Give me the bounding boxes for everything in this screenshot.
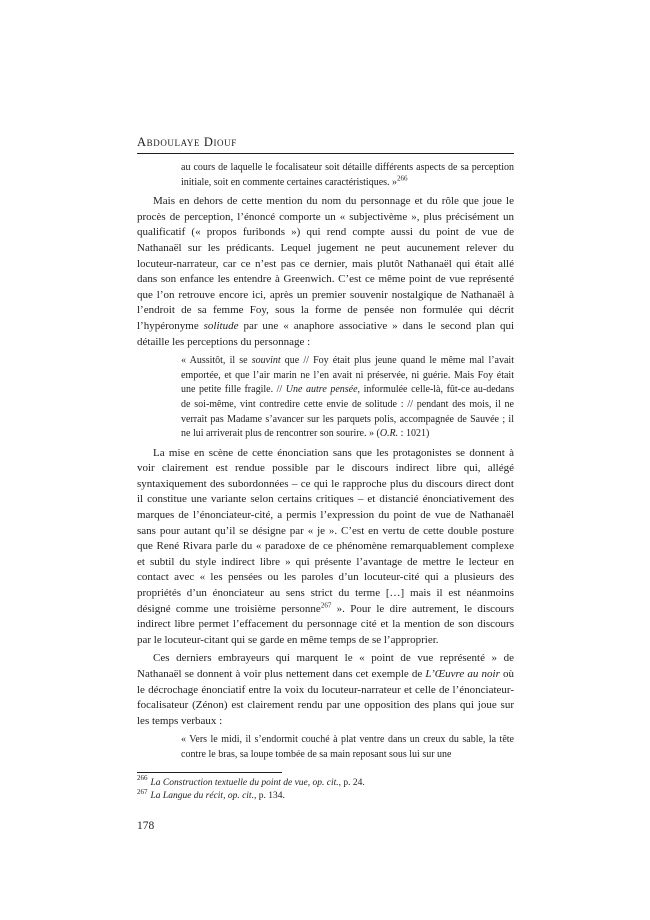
quote-middle-italic-2: Une autre pensée (286, 384, 358, 395)
footnote-ref-267: 267 (321, 601, 332, 609)
footnote-266-marker: 266 (137, 774, 148, 782)
footnote-separator (137, 772, 282, 773)
quote-middle-italic-3: O.R. (380, 428, 398, 439)
block-quote-middle: « Aussitôt, il se souvint que // Foy éta… (181, 354, 514, 442)
paragraph-1: Mais en dehors de cette mention du nom d… (137, 194, 514, 350)
paragraph-3: Ces derniers embrayeurs qui marquent le … (137, 651, 514, 729)
paragraph-1-text: Mais en dehors de cette mention du nom d… (137, 195, 514, 332)
running-head: Abdoulaye Diouf (137, 135, 514, 154)
page-number: 178 (137, 820, 514, 832)
quote-bottom-text: « Vers le midi, il s’endormit couché à p… (181, 734, 514, 760)
text-column: Abdoulaye Diouf au cours de laquelle le … (137, 135, 514, 832)
quote-top-text: au cours de laquelle le focalisateur soi… (181, 162, 514, 188)
paragraph-1-italic: solitude (204, 320, 239, 332)
paragraph-2: La mise en scène de cette énonciation sa… (137, 446, 514, 649)
footnote-267-marker: 267 (137, 788, 148, 796)
document-page: Abdoulaye Diouf au cours de laquelle le … (0, 0, 650, 920)
footnote-ref-266: 266 (397, 174, 408, 182)
block-quote-bottom: « Vers le midi, il s’endormit couché à p… (181, 733, 514, 762)
footnote-266-suffix: , p. 24. (339, 778, 365, 788)
quote-middle-italic-1: souvint (252, 355, 281, 366)
quote-middle-text-1: « Aussitôt, il se (181, 355, 252, 366)
paragraph-3-italic: L’Œuvre au noir (425, 668, 499, 680)
block-quote-top: au cours de laquelle le focalisateur soi… (181, 161, 514, 190)
footnote-267-title: La Langue du récit, op. cit. (151, 791, 254, 801)
paragraph-2-text: La mise en scène de cette énonciation sa… (137, 447, 514, 615)
quote-middle-text-4: : 1021) (398, 428, 429, 439)
footnote-266-title: La Construction textuelle du point de vu… (151, 778, 339, 788)
running-head-text: Abdoulaye Diouf (137, 135, 237, 149)
footnote-266: 266La Construction textuelle du point de… (137, 777, 514, 791)
footnote-267-suffix: , p. 134. (254, 791, 285, 801)
footnote-267: 267La Langue du récit, op. cit., p. 134. (137, 790, 514, 804)
